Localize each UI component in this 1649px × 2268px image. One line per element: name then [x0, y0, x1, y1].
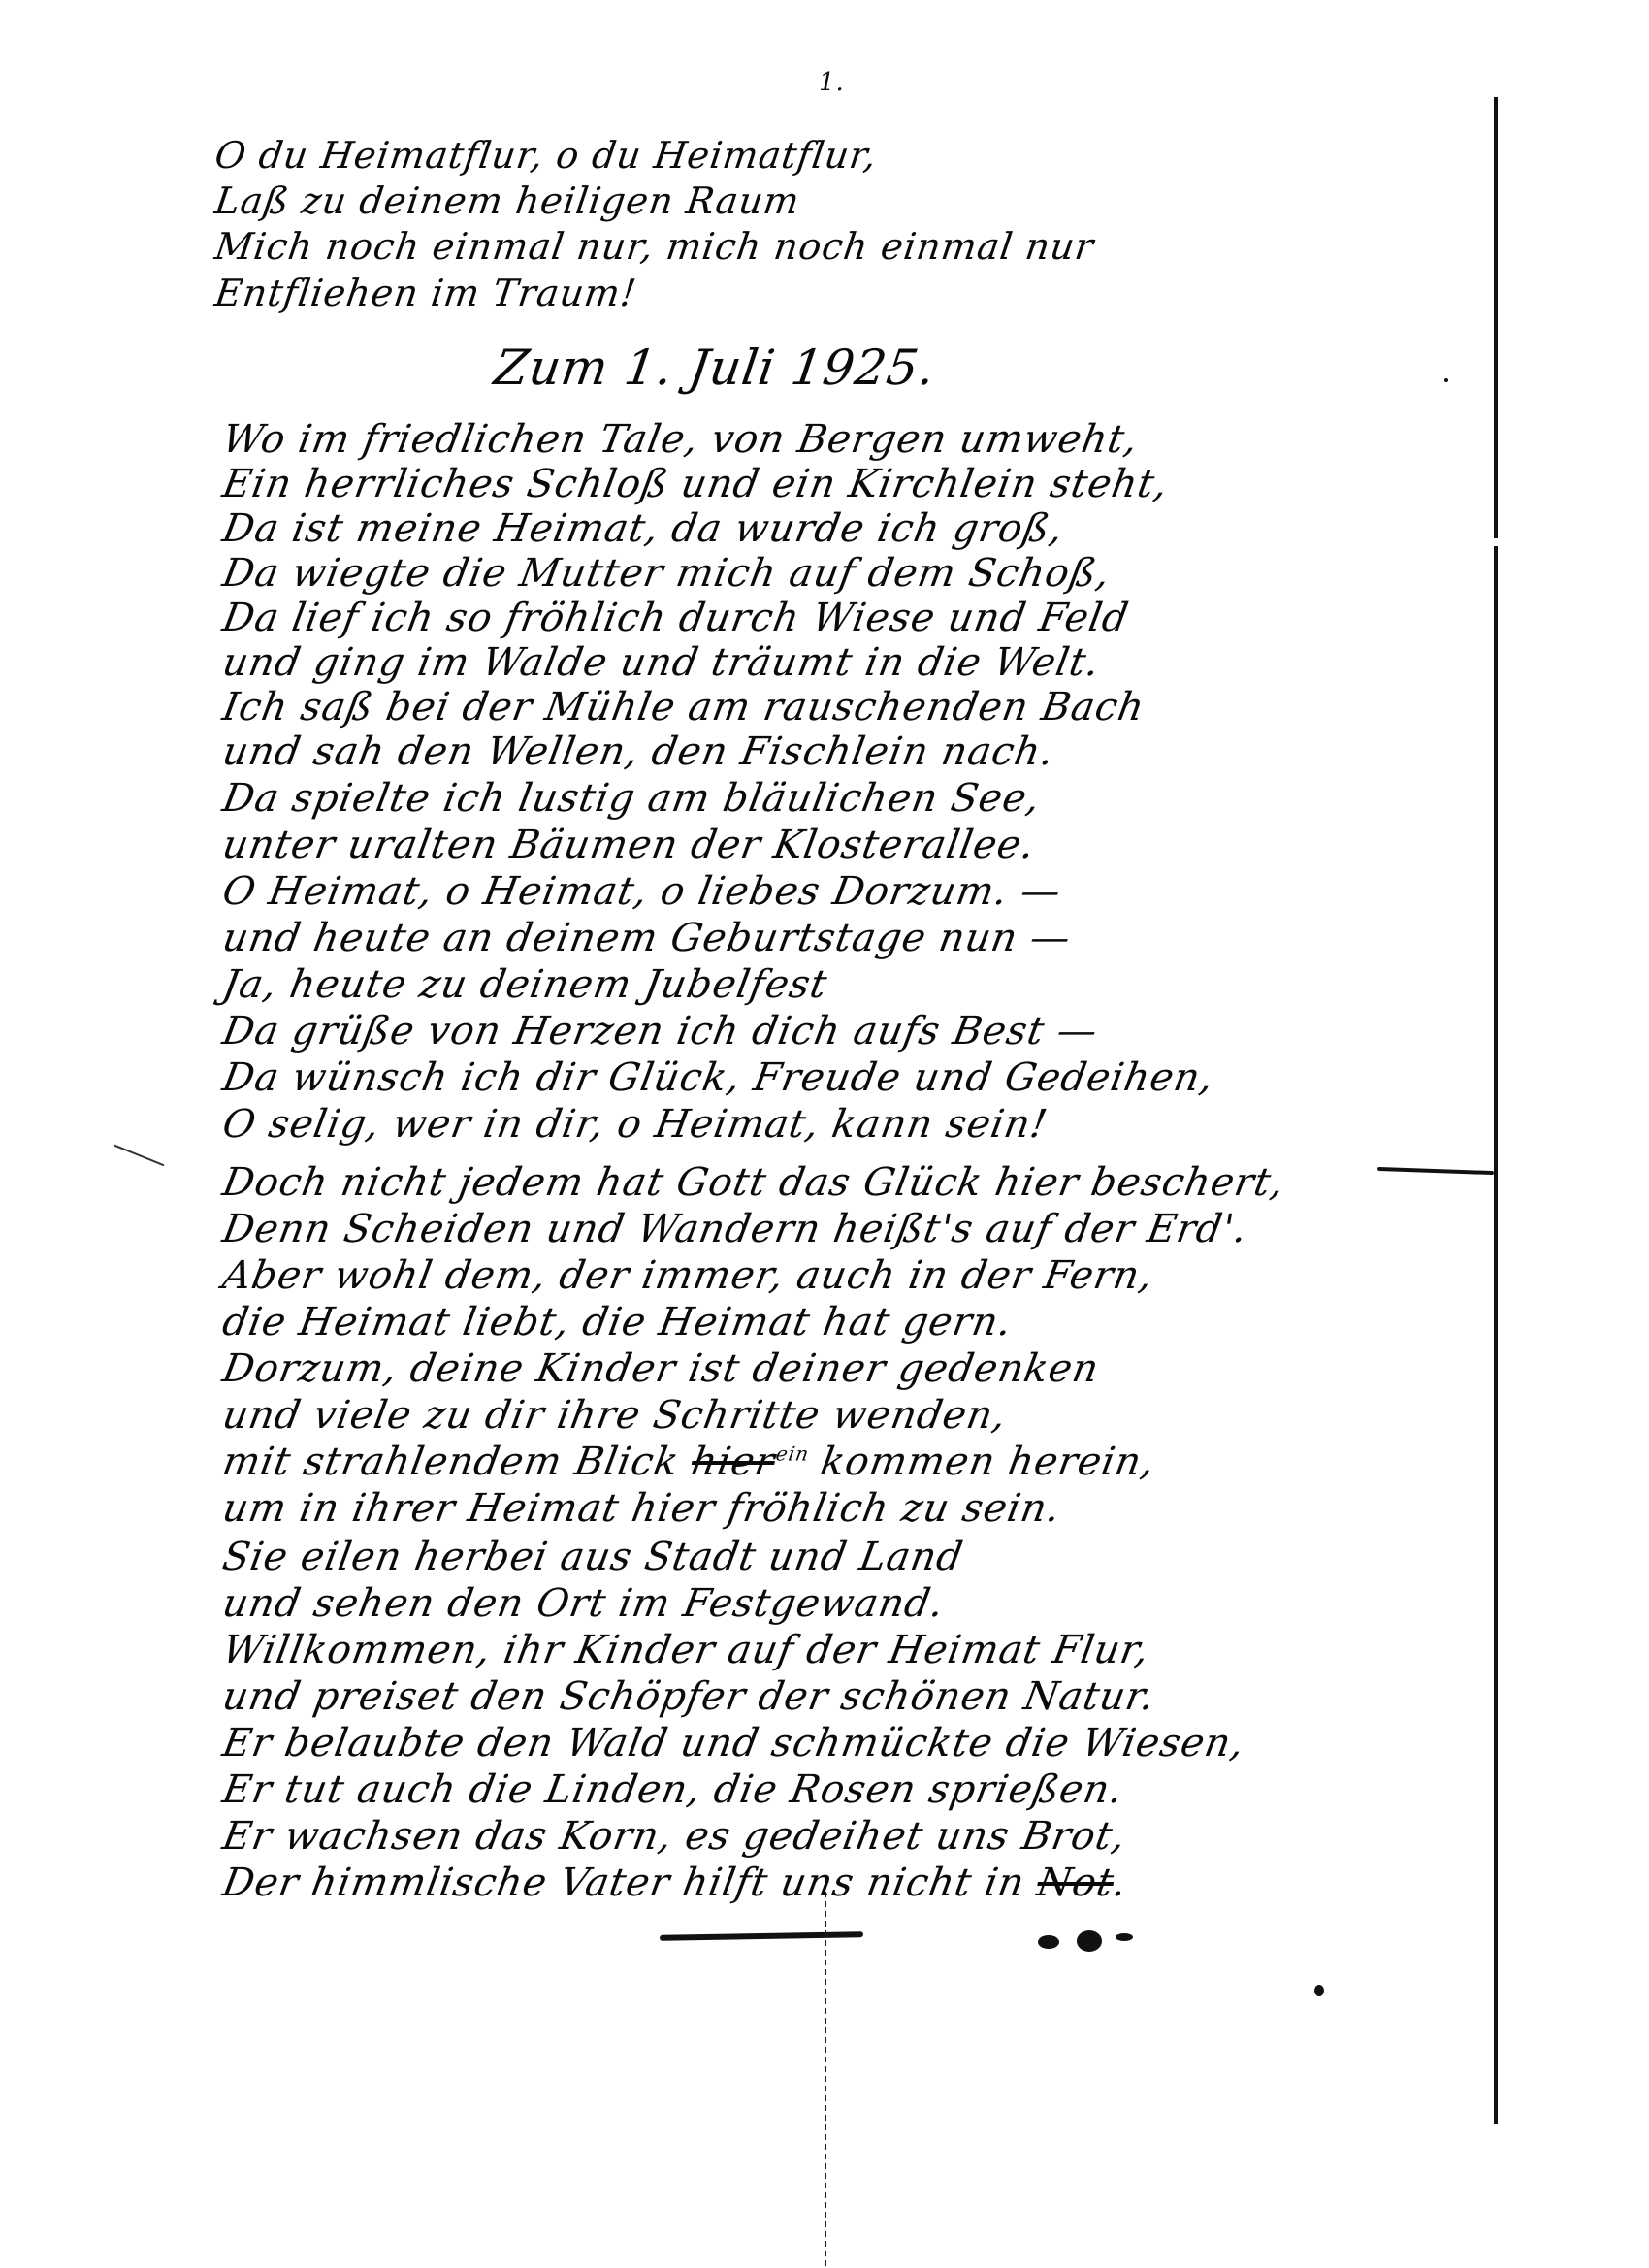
- opening-verse-line: Entfliehen im Traum!: [212, 272, 639, 314]
- poem-line: Ein herrliches Schloß und ein Kirchlein …: [219, 462, 1172, 506]
- line-text: mit strahlendem Blick: [219, 1440, 683, 1484]
- poem-line: und ging im Walde und träumt in die Welt…: [219, 640, 1104, 685]
- page-marker: 1.: [819, 68, 845, 97]
- poem-line: Dorzum, deine Kinder ist deiner gedenken: [219, 1346, 1103, 1391]
- poem-line: Da wünsch ich dir Glück, Freude und Gede…: [219, 1055, 1217, 1100]
- poem-line: Da ist meine Heimat, da wurde ich groß,: [219, 506, 1067, 551]
- struck-word: hier: [688, 1440, 778, 1484]
- poem-line: die Heimat liebt, die Heimat hat gern.: [219, 1300, 1016, 1345]
- poem-line: Da grüße von Herzen ich dich aufs Best —: [219, 1009, 1101, 1053]
- fold-mark-vertical: [824, 1892, 826, 2268]
- poem-line: Willkommen, ihr Kinder auf der Heimat Fl…: [219, 1628, 1153, 1672]
- poem-line: unter uralten Bäumen der Klosterallee.: [219, 823, 1039, 867]
- opening-verse-line: Mich noch einmal nur, mich noch einmal n…: [212, 225, 1097, 268]
- poem-line: und preiset den Schöpfer der schönen Nat…: [219, 1674, 1158, 1719]
- struck-word: Not: [1034, 1861, 1117, 1905]
- poem-line: O selig, wer in dir, o Heimat, kann sein…: [219, 1102, 1051, 1147]
- line-text: Der himmlische Vater hilft uns nicht in: [219, 1861, 1028, 1905]
- opening-verse-line: Laß zu deinem heiligen Raum: [212, 179, 803, 222]
- poem-line: Er belaubte den Wald und schmückte die W…: [219, 1721, 1248, 1766]
- poem-line: Doch nicht jedem hat Gott das Glück hier…: [219, 1160, 1288, 1205]
- page-edge-gap: [1490, 538, 1502, 546]
- section-divider-mark: [1377, 1167, 1494, 1175]
- poem-line: und heute an deinem Geburtstage nun —: [219, 916, 1075, 960]
- poem-line: Denn Scheiden und Wandern heißt's auf de…: [219, 1207, 1251, 1251]
- poem-line: und sah den Wellen, den Fischlein nach.: [219, 729, 1058, 774]
- inserted-word: ein: [774, 1442, 811, 1466]
- poem-line: Da spielte ich lustig am bläulichen See,: [219, 776, 1044, 821]
- opening-verse-line: O du Heimatflur, o du Heimatflur,: [212, 134, 880, 177]
- ink-blot: [1077, 1930, 1102, 1952]
- poem-title: Zum 1. Juli 1925.: [491, 340, 939, 396]
- poem-line: Aber wohl dem, der immer, auch in der Fe…: [219, 1253, 1157, 1298]
- poem-line: O Heimat, o Heimat, o liebes Dorzum. —: [219, 869, 1065, 914]
- scan-smudge: [114, 1145, 165, 1166]
- ink-dot: [1444, 378, 1448, 382]
- poem-line: Wo im friedlichen Tale, von Bergen umweh…: [219, 417, 1142, 462]
- scanned-page: 1. O du Heimatflur, o du Heimatflur, Laß…: [0, 0, 1649, 2268]
- ink-dot: [1314, 1985, 1324, 1996]
- poem-line: und sehen den Ort im Festgewand.: [219, 1581, 948, 1626]
- poem-line: Ja, heute zu deinem Jubelfest: [219, 962, 831, 1007]
- line-text-rest: kommen herein,: [817, 1440, 1158, 1484]
- poem-line: Da lief ich so fröhlich durch Wiese und …: [219, 596, 1132, 640]
- poem-line-with-correction: Der himmlische Vater hilft uns nicht in …: [219, 1861, 1131, 1905]
- poem-line: Sie eilen herbei aus Stadt und Land: [219, 1535, 967, 1579]
- poem-line: und viele zu dir ihre Schritte wenden,: [219, 1393, 1010, 1438]
- fold-mark-horizontal: [660, 1931, 863, 1941]
- ink-blot: [1038, 1935, 1059, 1949]
- page-edge-line: [1494, 97, 1498, 2124]
- poem-line: um in ihrer Heimat hier fröhlich zu sein…: [219, 1486, 1064, 1531]
- poem-line-with-correction: mit strahlendem Blick hierein kommen her…: [219, 1440, 1158, 1484]
- poem-line: Er wachsen das Korn, es gedeihet uns Bro…: [219, 1814, 1130, 1859]
- poem-line: Da wiegte die Mutter mich auf dem Schoß,: [219, 551, 1114, 596]
- poem-line: Ich saß bei der Mühle am rauschenden Bac…: [219, 685, 1148, 729]
- ink-blot: [1115, 1933, 1133, 1941]
- poem-line: Er tut auch die Linden, die Rosen sprieß…: [219, 1767, 1127, 1812]
